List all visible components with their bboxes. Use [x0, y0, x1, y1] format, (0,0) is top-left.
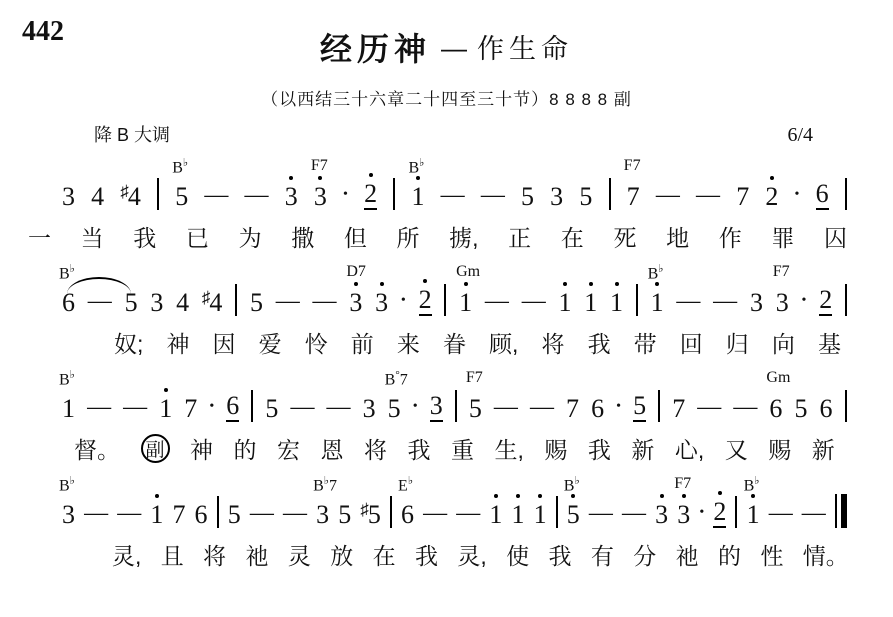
duration-dash: —: [245, 183, 269, 210]
octave-dot-icon: [289, 176, 293, 180]
octave-dot-icon: [516, 494, 520, 498]
note: ♯4: [120, 183, 141, 210]
chord-label: B°7: [385, 370, 408, 388]
note: 3: [150, 290, 163, 316]
notation-line: 34♯45B♭——33F7•21B♭——5357F7——72•6: [62, 176, 847, 210]
note: 6: [226, 393, 239, 422]
note: 3F7: [314, 184, 327, 210]
chord-label: B♭: [564, 476, 580, 494]
note: 6: [195, 502, 208, 528]
duration-dash: —: [713, 289, 737, 316]
scripture-reference: （以西结三十六章二十四至三十节）8 8 8 8 副: [0, 85, 893, 110]
lyric-syllable: 祂: [676, 538, 699, 571]
lyric-syllable: 的: [234, 432, 257, 465]
chord-label: F7: [674, 476, 691, 492]
barline-icon: [845, 390, 847, 422]
lyric-syllable: 我: [408, 432, 431, 465]
chord-label: Gm: [766, 370, 790, 386]
barline-icon: [556, 496, 558, 528]
lyrics-line: 一当我已为撒但所掳,正在死地作罪囚: [28, 220, 847, 253]
lyric-syllable: 宏: [277, 432, 300, 465]
note: 3: [375, 290, 388, 316]
title-subtitle: 作生命: [477, 34, 573, 64]
chord-label: F7: [311, 158, 328, 174]
lyric-syllable: 将: [203, 538, 226, 571]
barline-icon: [845, 178, 847, 210]
note: 1B♭: [747, 502, 760, 528]
note: 2: [364, 181, 377, 210]
lyric-syllable: 将: [364, 432, 387, 465]
note: 2: [419, 287, 432, 316]
title-dash: —: [441, 33, 467, 63]
lyric-syllable: 分: [633, 538, 656, 571]
dotted-note-dot-icon: •: [209, 400, 214, 422]
duration-dash: —: [117, 501, 141, 528]
duration-dash: —: [656, 183, 680, 210]
note: 5: [794, 396, 807, 422]
lyric-syllable: 我: [588, 432, 611, 465]
note: 5: [579, 184, 592, 210]
lyric-syllable: 的: [718, 538, 741, 571]
octave-dot-icon: [751, 494, 755, 498]
lyric-syllable: 已: [186, 220, 209, 253]
octave-dot-icon: [164, 388, 168, 392]
duration-dash: —: [456, 501, 480, 528]
lyric-syllable: 重: [451, 432, 474, 465]
lyric-syllable: 赐: [768, 432, 791, 465]
octave-dot-icon: [718, 491, 722, 495]
lyric-syllable: 所: [396, 220, 419, 253]
note: 6E♭: [401, 502, 414, 528]
lyric-syllable: 奴;: [114, 326, 143, 359]
note: 1: [610, 290, 623, 316]
note: 5B°7: [388, 396, 401, 422]
note: 4: [91, 184, 104, 210]
octave-dot-icon: [354, 282, 358, 286]
note: 7: [172, 502, 185, 528]
lyric-syllable: 灵: [288, 538, 311, 571]
duration-dash: —: [696, 183, 720, 210]
notation-line: 1B♭——17•65——35B°7•35F7——76•57——6Gm56: [62, 388, 847, 422]
lyric-syllable: 督。: [74, 432, 120, 465]
lyric-syllable: 掳,: [449, 220, 478, 253]
lyric-syllable: 我: [588, 326, 611, 359]
hymn-number: 442: [22, 16, 64, 48]
barline-icon: [157, 178, 159, 210]
duration-dash: —: [313, 289, 337, 316]
final-barline-icon: [835, 494, 847, 528]
octave-dot-icon: [655, 282, 659, 286]
lyric-syllable: 恩: [321, 432, 344, 465]
octave-dot-icon: [318, 176, 322, 180]
lyric-syllable: 因: [213, 326, 236, 359]
note: 5: [228, 502, 241, 528]
lyric-syllable: 当: [81, 220, 104, 253]
notation-systems: 34♯45B♭——33F7•21B♭——5357F7——72•6一当我已为撒但所…: [0, 147, 893, 571]
title-main: 经历神: [320, 31, 431, 67]
note: 6Gm: [769, 396, 782, 422]
duration-dash: —: [676, 289, 700, 316]
note: 3: [750, 290, 763, 316]
duration-dash: —: [733, 395, 757, 422]
note: 3B♭: [62, 502, 75, 528]
lyrics-line: 奴;神因爱怜前来眷顾,将我带回归向基: [114, 326, 841, 359]
duration-dash: —: [283, 501, 307, 528]
refrain-marker: 副: [141, 434, 170, 463]
note: 1: [584, 290, 597, 316]
thin-bar-icon: [835, 494, 837, 528]
note: 6B♭: [62, 290, 75, 316]
chord-label: B♭7: [313, 476, 337, 494]
system: 1B♭——17•65——35B°7•35F7——76•57——6Gm56督。副神…: [0, 359, 893, 465]
lyric-syllable: 新: [631, 432, 654, 465]
note: 7: [736, 184, 749, 210]
octave-dot-icon: [155, 494, 159, 498]
lyric-syllable: 地: [666, 220, 689, 253]
hymn-page: 442 经历神—作生命 （以西结三十六章二十四至三十节）8 8 8 8 副 降 …: [0, 0, 893, 617]
barline-icon: [217, 496, 219, 528]
note: 2: [819, 287, 832, 316]
lyric-syllable: 且: [161, 538, 184, 571]
note: 1B♭: [651, 290, 664, 316]
octave-dot-icon: [494, 494, 498, 498]
note: 3: [62, 184, 75, 210]
lyric-syllable: 我: [415, 538, 438, 571]
key-signature: 降 B 大调: [94, 121, 170, 147]
note: 1: [159, 396, 172, 422]
note: 7F7: [627, 184, 640, 210]
lyric-syllable: 带: [634, 326, 657, 359]
duration-dash: —: [589, 501, 613, 528]
dotted-note-dot-icon: •: [795, 188, 800, 210]
note: 2: [713, 499, 726, 528]
octave-dot-icon: [464, 282, 468, 286]
note: 5: [521, 184, 534, 210]
system: 6B♭—534♯45——3D73•21Gm——1111B♭——33F7•2奴;神…: [0, 253, 893, 359]
chord-label: B♭: [648, 264, 664, 282]
note: 1: [511, 502, 524, 528]
lyric-syllable: 怜: [305, 326, 328, 359]
lyric-syllable: 生,: [495, 432, 524, 465]
duration-dash: —: [697, 395, 721, 422]
lyric-syllable: 在: [561, 220, 584, 253]
lyric-syllable: 新: [812, 432, 835, 465]
lyric-syllable: 神: [166, 326, 189, 359]
system: 34♯45B♭——33F7•21B♭——5357F7——72•6一当我已为撒但所…: [0, 147, 893, 253]
lyric-syllable: 情。: [803, 538, 849, 571]
chord-label: F7: [773, 264, 790, 280]
note: 1: [150, 502, 163, 528]
duration-dash: —: [87, 395, 111, 422]
note: 3: [285, 184, 298, 210]
lyric-syllable: 祂: [246, 538, 269, 571]
note: 2: [765, 184, 778, 210]
barline-icon: [390, 496, 392, 528]
note: ♯5: [360, 501, 381, 528]
note: 1Gm: [459, 290, 472, 316]
note: 3D7: [349, 290, 362, 316]
time-signature: 6/4: [787, 124, 813, 147]
lyric-syllable: 爱: [259, 326, 282, 359]
dotted-note-dot-icon: •: [802, 294, 807, 316]
system: 3B♭——1765——3B♭75♯56E♭——1115B♭——33F7•21B♭…: [0, 465, 893, 571]
lyric-syllable: 来: [397, 326, 420, 359]
note: 3: [430, 393, 443, 422]
lyric-syllable: 罪: [771, 220, 794, 253]
duration-dash: —: [522, 289, 546, 316]
lyric-syllable: 基: [818, 326, 841, 359]
octave-dot-icon: [563, 282, 567, 286]
note: 7: [184, 396, 197, 422]
dotted-note-dot-icon: •: [343, 188, 348, 210]
octave-dot-icon: [770, 176, 774, 180]
note: 6: [591, 396, 604, 422]
note: 5: [338, 502, 351, 528]
barline-icon: [455, 390, 457, 422]
lyric-syllable: 为: [239, 220, 262, 253]
note: 1B♭: [411, 184, 424, 210]
lyric-syllable: 神: [190, 432, 213, 465]
note: 3B♭7: [316, 502, 329, 528]
octave-dot-icon: [682, 494, 686, 498]
dotted-note-dot-icon: •: [401, 294, 406, 316]
duration-dash: —: [481, 183, 505, 210]
note: 3F7: [677, 502, 690, 528]
barline-icon: [393, 178, 395, 210]
verse-number: 一: [28, 220, 51, 253]
lyrics-line: 灵,且将祂灵放在我灵,使我有分祂的性情。: [112, 538, 849, 571]
barline-icon: [235, 284, 237, 316]
barline-icon: [658, 390, 660, 422]
lyric-syllable: 将: [541, 326, 564, 359]
note: 3F7: [776, 290, 789, 316]
barline-icon: [444, 284, 446, 316]
lyric-syllable: 我: [133, 220, 156, 253]
lyric-syllable: 使: [506, 538, 529, 571]
duration-dash: —: [485, 289, 509, 316]
octave-dot-icon: [380, 282, 384, 286]
lyric-syllable: 又: [725, 432, 748, 465]
duration-dash: —: [622, 501, 646, 528]
chord-label: B♭: [59, 476, 75, 494]
note: 7: [566, 396, 579, 422]
note: 3: [550, 184, 563, 210]
note: 5: [633, 393, 646, 422]
thick-bar-icon: [841, 494, 847, 528]
lyric-syllable: 顾,: [489, 326, 518, 359]
chord-label: F7: [466, 370, 483, 386]
lyric-syllable: 灵,: [112, 538, 141, 571]
duration-dash: —: [250, 501, 274, 528]
lyric-syllable: 心,: [675, 432, 704, 465]
note: 5: [125, 290, 138, 316]
note: ♯4: [202, 289, 223, 316]
lyric-syllable: 放: [330, 538, 353, 571]
duration-dash: —: [123, 395, 147, 422]
note: 5B♭: [567, 502, 580, 528]
octave-dot-icon: [571, 494, 575, 498]
chord-label: Gm: [456, 264, 480, 280]
duration-dash: —: [423, 501, 447, 528]
chord-label: F7: [624, 158, 641, 174]
lyric-syllable: 正: [508, 220, 531, 253]
chord-label: B♭: [744, 476, 760, 494]
barline-icon: [251, 390, 253, 422]
duration-dash: —: [88, 289, 112, 316]
duration-dash: —: [84, 501, 108, 528]
lyric-syllable: 囚: [824, 220, 847, 253]
duration-dash: —: [802, 501, 826, 528]
lyric-syllable: 我: [549, 538, 572, 571]
notation-line: 6B♭—534♯45——3D73•21Gm——1111B♭——33F7•2: [62, 282, 847, 316]
lyric-syllable: 向: [772, 326, 795, 359]
barline-icon: [609, 178, 611, 210]
note: 1: [489, 502, 502, 528]
chord-label: B♭: [59, 264, 75, 282]
chord-label: D7: [346, 264, 366, 280]
barline-icon: [735, 496, 737, 528]
duration-dash: —: [290, 395, 314, 422]
lyric-syllable: 前: [351, 326, 374, 359]
note: 5: [250, 290, 263, 316]
note: 5B♭: [175, 184, 188, 210]
duration-dash: —: [530, 395, 554, 422]
chord-label: E♭: [398, 476, 413, 494]
duration-dash: —: [327, 395, 351, 422]
duration-dash: —: [204, 183, 228, 210]
chord-label: B♭: [408, 158, 424, 176]
octave-dot-icon: [660, 494, 664, 498]
dotted-note-dot-icon: •: [413, 400, 418, 422]
note: 7: [672, 396, 685, 422]
note: 1: [558, 290, 571, 316]
octave-dot-icon: [538, 494, 542, 498]
lyric-syllable: 灵,: [457, 538, 486, 571]
lyric-syllable: 作: [719, 220, 742, 253]
lyric-syllable: 有: [591, 538, 614, 571]
duration-dash: —: [769, 501, 793, 528]
dotted-note-dot-icon: •: [699, 506, 704, 528]
note: 5F7: [469, 396, 482, 422]
note: 4: [176, 290, 189, 316]
lyric-syllable: 撒: [291, 220, 314, 253]
note: 5: [265, 396, 278, 422]
dotted-note-dot-icon: •: [616, 400, 621, 422]
octave-dot-icon: [589, 282, 593, 286]
lyric-syllable: 回: [680, 326, 703, 359]
octave-dot-icon: [416, 176, 420, 180]
lyric-syllable: 但: [344, 220, 367, 253]
note: 3: [363, 396, 376, 422]
barline-icon: [636, 284, 638, 316]
note: 1: [534, 502, 547, 528]
note: 6: [816, 181, 829, 210]
lyric-syllable: 眷: [443, 326, 466, 359]
duration-dash: —: [276, 289, 300, 316]
chord-label: B♭: [59, 370, 75, 388]
note: 1B♭: [62, 396, 75, 422]
octave-dot-icon: [615, 282, 619, 286]
chord-label: B♭: [172, 158, 188, 176]
lyric-syllable: 归: [726, 326, 749, 359]
note: 3: [655, 502, 668, 528]
duration-dash: —: [494, 395, 518, 422]
notation-line: 3B♭——1765——3B♭75♯56E♭——1115B♭——33F7•21B♭…: [62, 494, 847, 528]
octave-dot-icon: [369, 173, 373, 177]
note: 6: [820, 396, 833, 422]
barline-icon: [845, 284, 847, 316]
lyric-syllable: 赐: [544, 432, 567, 465]
lyric-syllable: 死: [613, 220, 636, 253]
page-title: 经历神—作生命: [0, 24, 893, 70]
duration-dash: —: [441, 183, 465, 210]
key-meter-row: 降 B 大调 6/4: [94, 121, 813, 147]
lyric-syllable: 在: [373, 538, 396, 571]
lyrics-line: 督。副神的宏恩将我重生,赐我新心,又赐新: [74, 432, 835, 465]
octave-dot-icon: [423, 279, 427, 283]
lyric-syllable: 性: [760, 538, 783, 571]
